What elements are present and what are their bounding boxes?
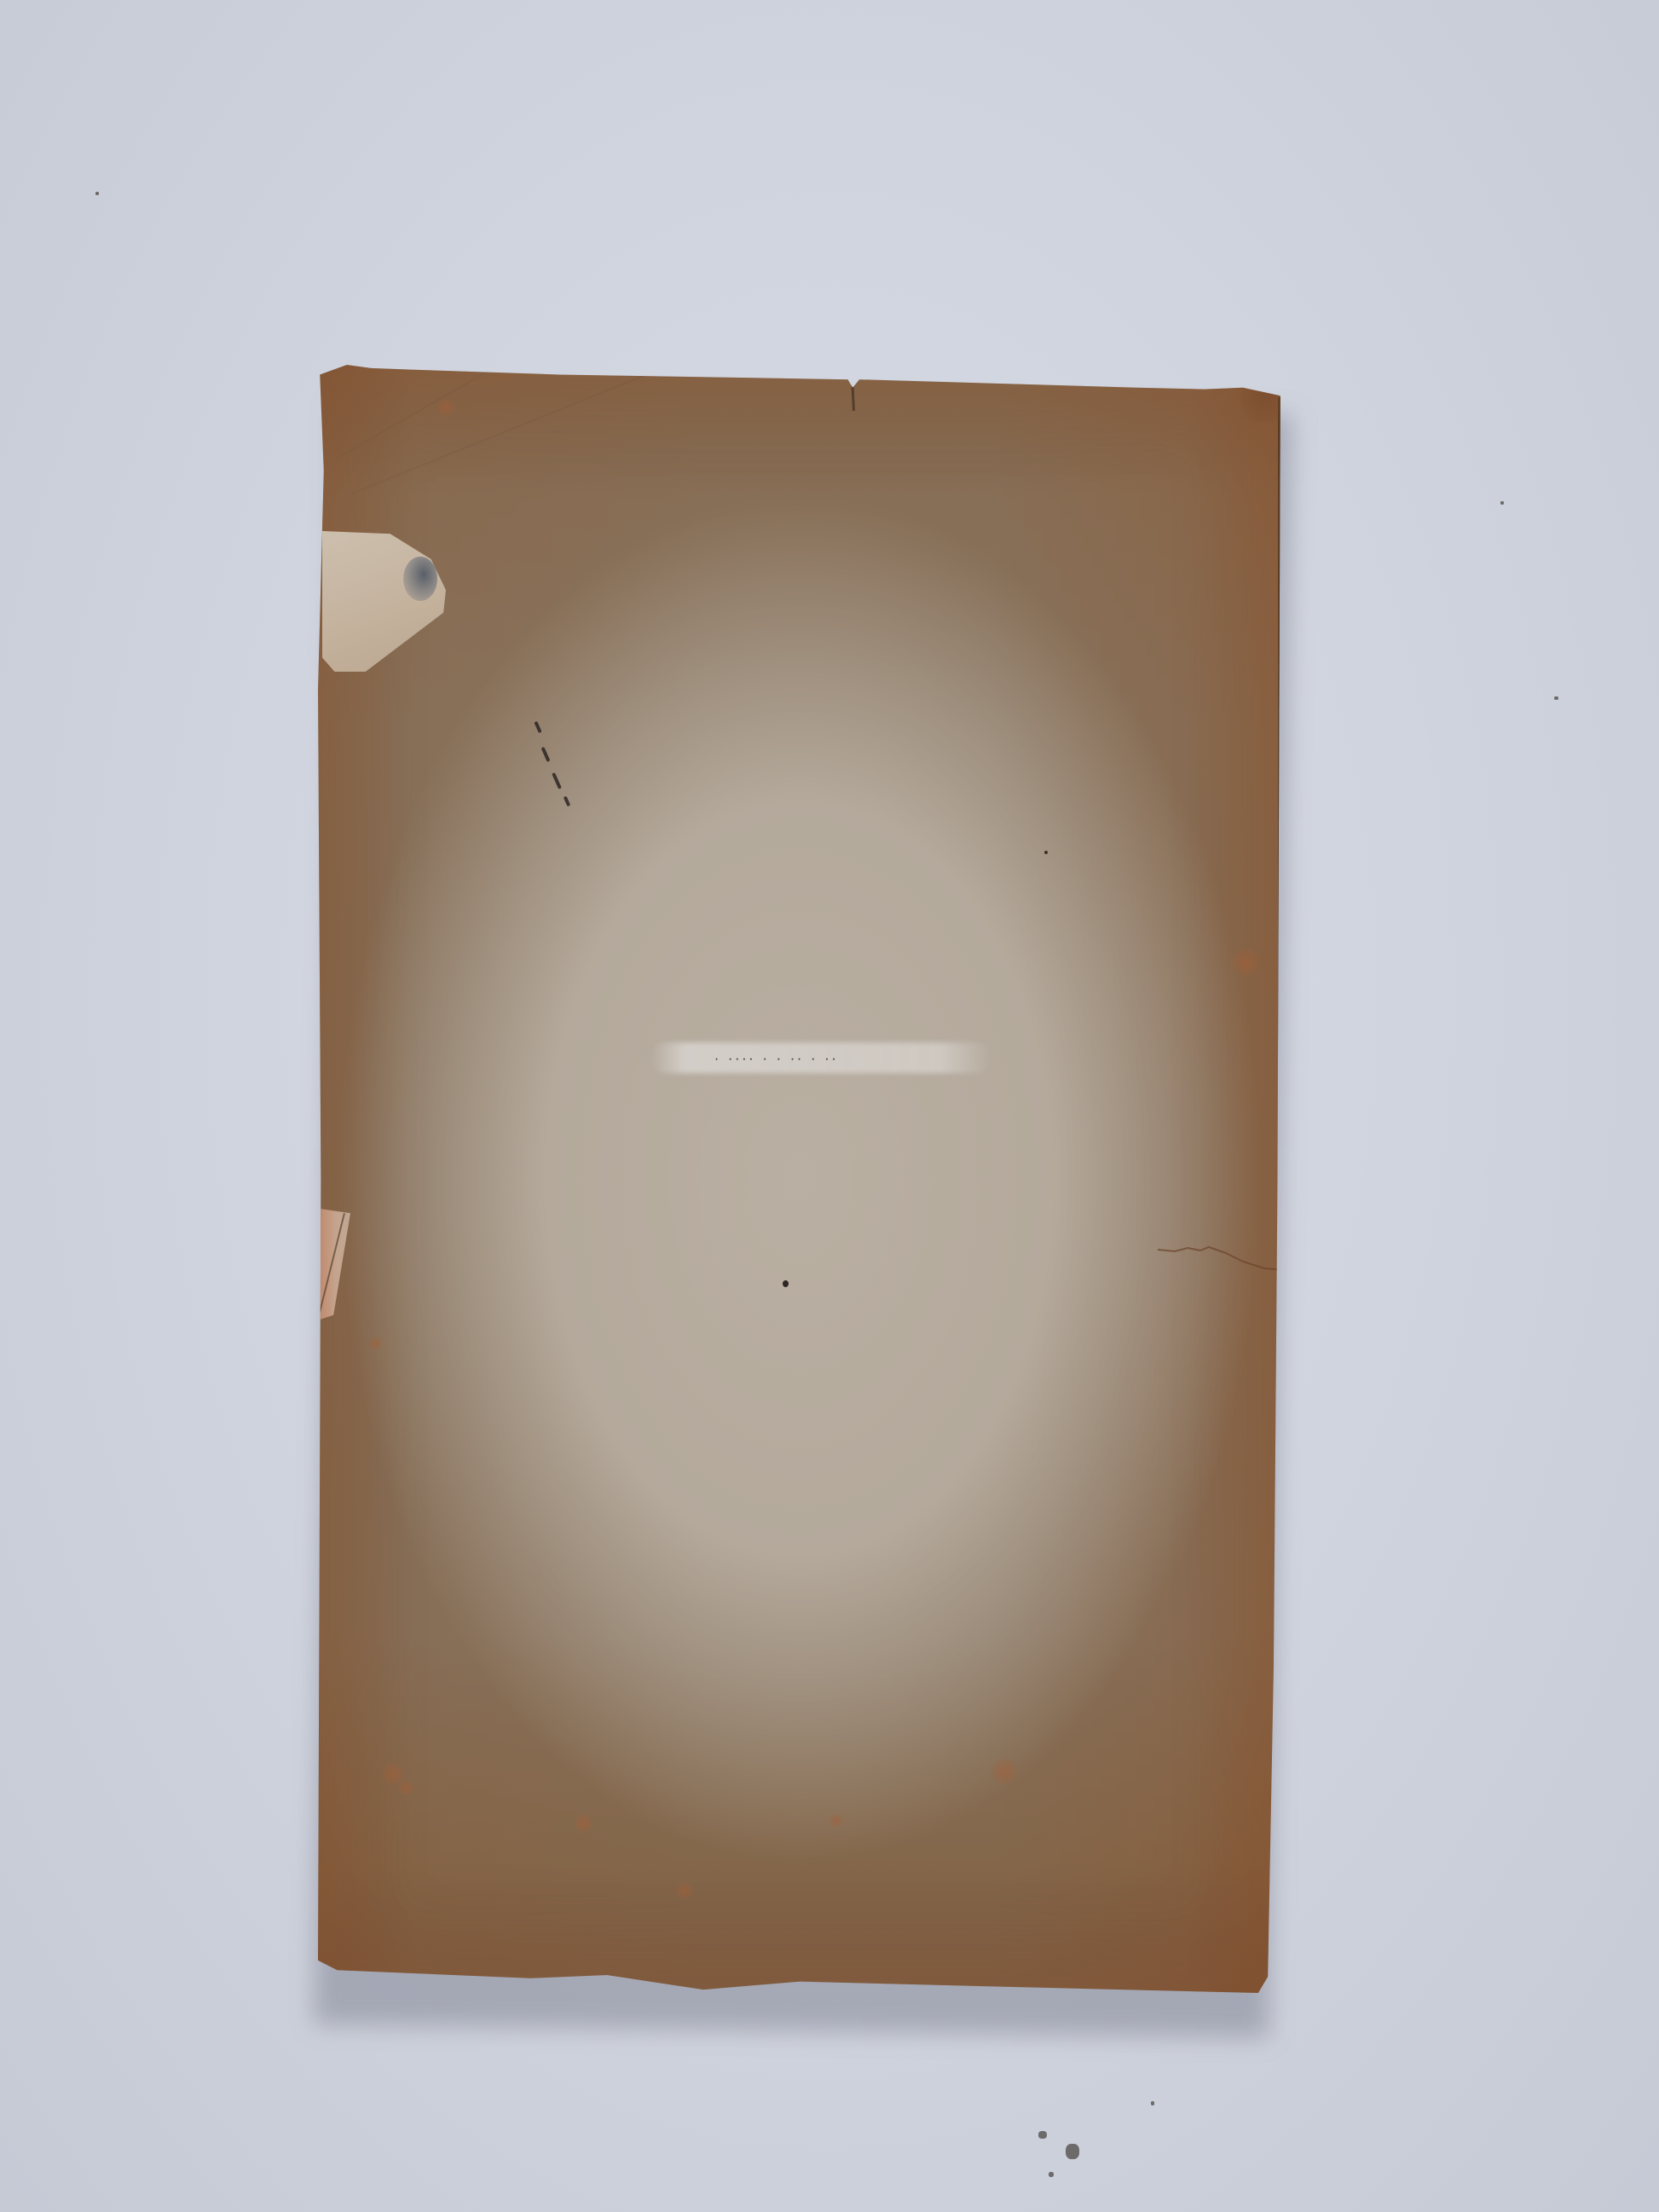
foxing-spot [437,399,454,416]
surface-speck [1554,696,1558,700]
foxing-spot [574,1814,592,1833]
age-vignette [318,365,1281,1993]
ink-dot [1044,851,1048,854]
foxing-spot [399,1780,414,1795]
surface-speck [1049,2172,1054,2177]
ink-dot [783,1280,789,1287]
foxing-spot [1232,949,1259,976]
surface-speck [95,192,99,195]
surface-speck [1151,2101,1154,2105]
right-edge-crack [1158,1243,1286,1277]
foxing-spot [676,1882,693,1899]
foxing-spot [369,1337,383,1350]
surface-speck [1038,2131,1047,2139]
erased-inscription: · ···· · · ·· · ·· [714,1051,839,1067]
surface-speck [1500,501,1504,505]
surface-speck [1066,2144,1079,2159]
foxing-spot [991,1759,1017,1784]
foxing-spot [829,1814,843,1828]
flap-grey-stain [403,557,437,601]
booklet-back-cover: · ···· · · ·· · ·· [318,365,1281,1993]
